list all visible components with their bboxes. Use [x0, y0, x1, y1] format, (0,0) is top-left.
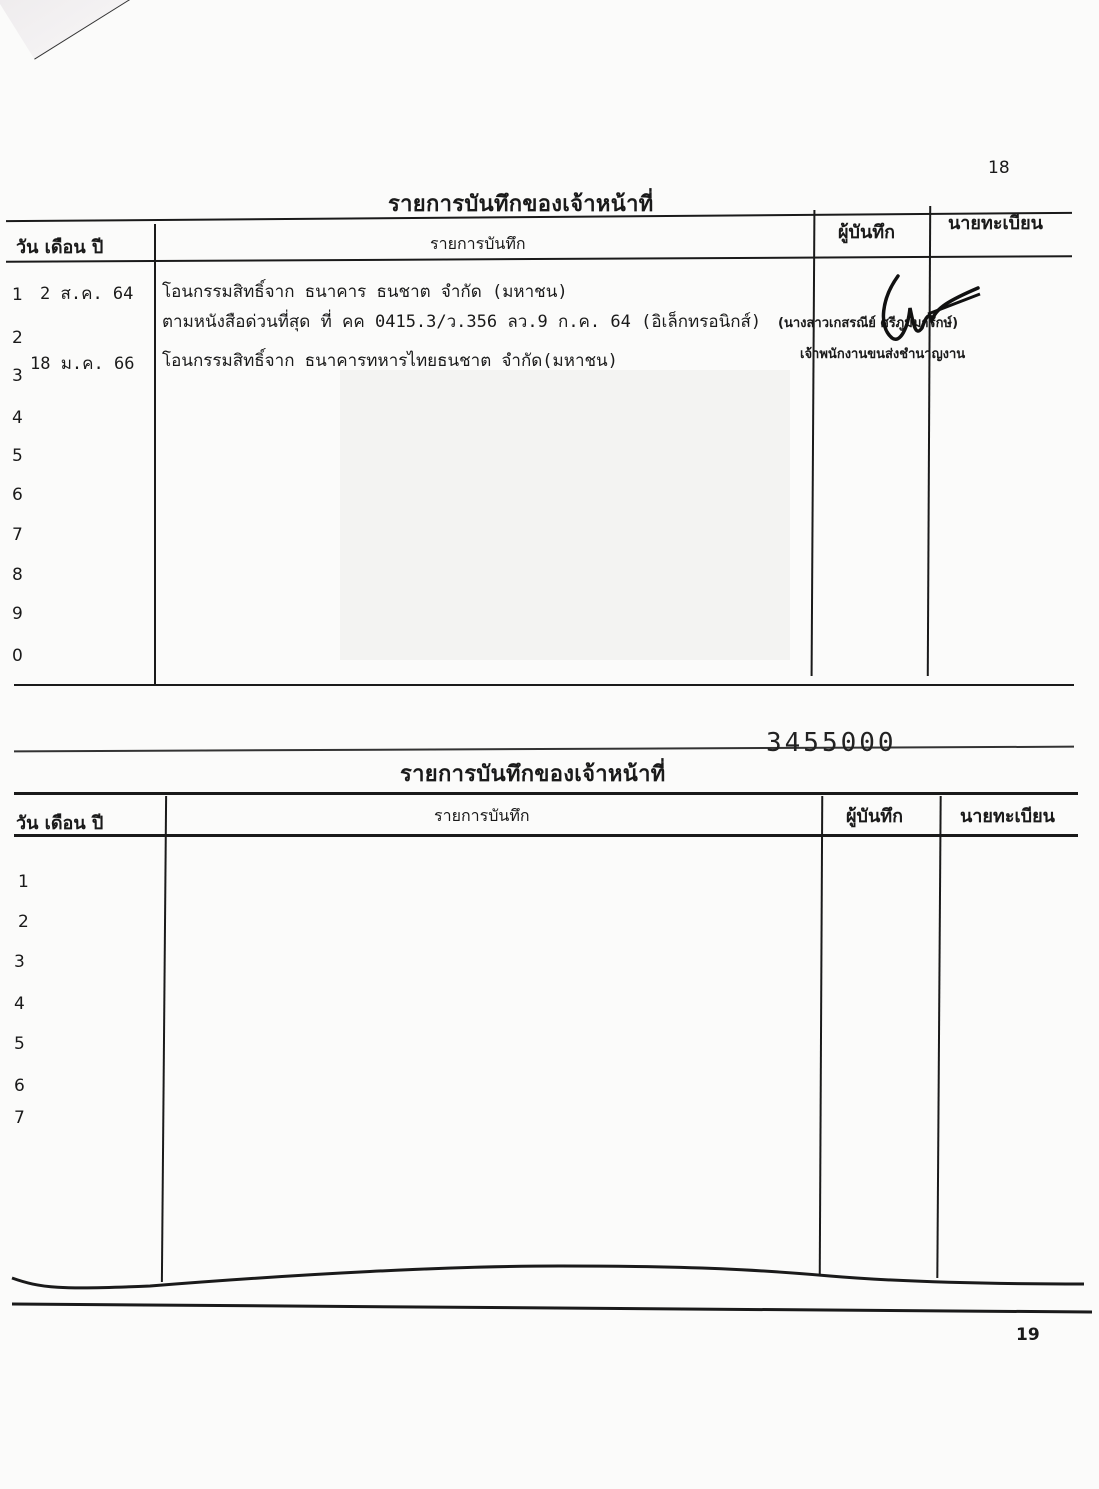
- header-recorder-bottom: ผู้บันทึก: [846, 801, 903, 830]
- header-record-bottom: รายการบันทึก: [434, 804, 530, 829]
- entry-text-1: โอนกรรมสิทธิ์จาก ธนาคาร ธนชาต จำกัด (มหา…: [162, 278, 568, 305]
- stamp-number: 3455000: [766, 728, 897, 758]
- entry-text-3: โอนกรรมสิทธิ์จาก ธนาคารทหารไทยธนชาต จำกั…: [162, 347, 618, 374]
- dotted-divider-line: [14, 746, 1074, 753]
- header-registrar-bottom: นายทะเบียน: [960, 801, 1055, 830]
- column-divider-1-bottom: [161, 796, 167, 1282]
- header-date-bottom: วัน เดือน ปี: [16, 808, 103, 837]
- table-top-border-bottom: [14, 792, 1078, 795]
- page-number-bottom: 19: [1016, 1325, 1040, 1345]
- faint-background-patch: [340, 370, 790, 660]
- column-divider-3-bottom: [936, 796, 941, 1278]
- section-title-bottom: รายการบันทึกของเจ้าหน้าที่: [400, 756, 666, 791]
- column-divider-2: [811, 210, 816, 676]
- header-registrar: นายทะเบียน: [948, 208, 1043, 237]
- page-number-top: 18: [988, 158, 1010, 178]
- entry-date-1: 2 ส.ค. 64: [40, 280, 133, 307]
- entry-text-2: ตามหนังสือด่วนที่สุด ที่ คค 0415.3/ว.356…: [162, 308, 761, 335]
- header-bottom-border: [6, 255, 1072, 263]
- curved-bottom-border: [0, 1260, 1099, 1320]
- table-bottom-border: [14, 684, 1074, 686]
- column-divider-1: [154, 224, 156, 685]
- folded-page-corner: [0, 0, 204, 60]
- header-record: รายการบันทึก: [430, 232, 526, 257]
- signature-icon: [870, 268, 990, 358]
- header-recorder: ผู้บันทึก: [838, 217, 895, 246]
- header-date: วัน เดือน ปี: [16, 232, 103, 261]
- header-bottom-border-bottom: [14, 834, 1078, 837]
- entry-date-3: 18 ม.ค. 66: [30, 350, 134, 377]
- column-divider-2-bottom: [819, 796, 824, 1276]
